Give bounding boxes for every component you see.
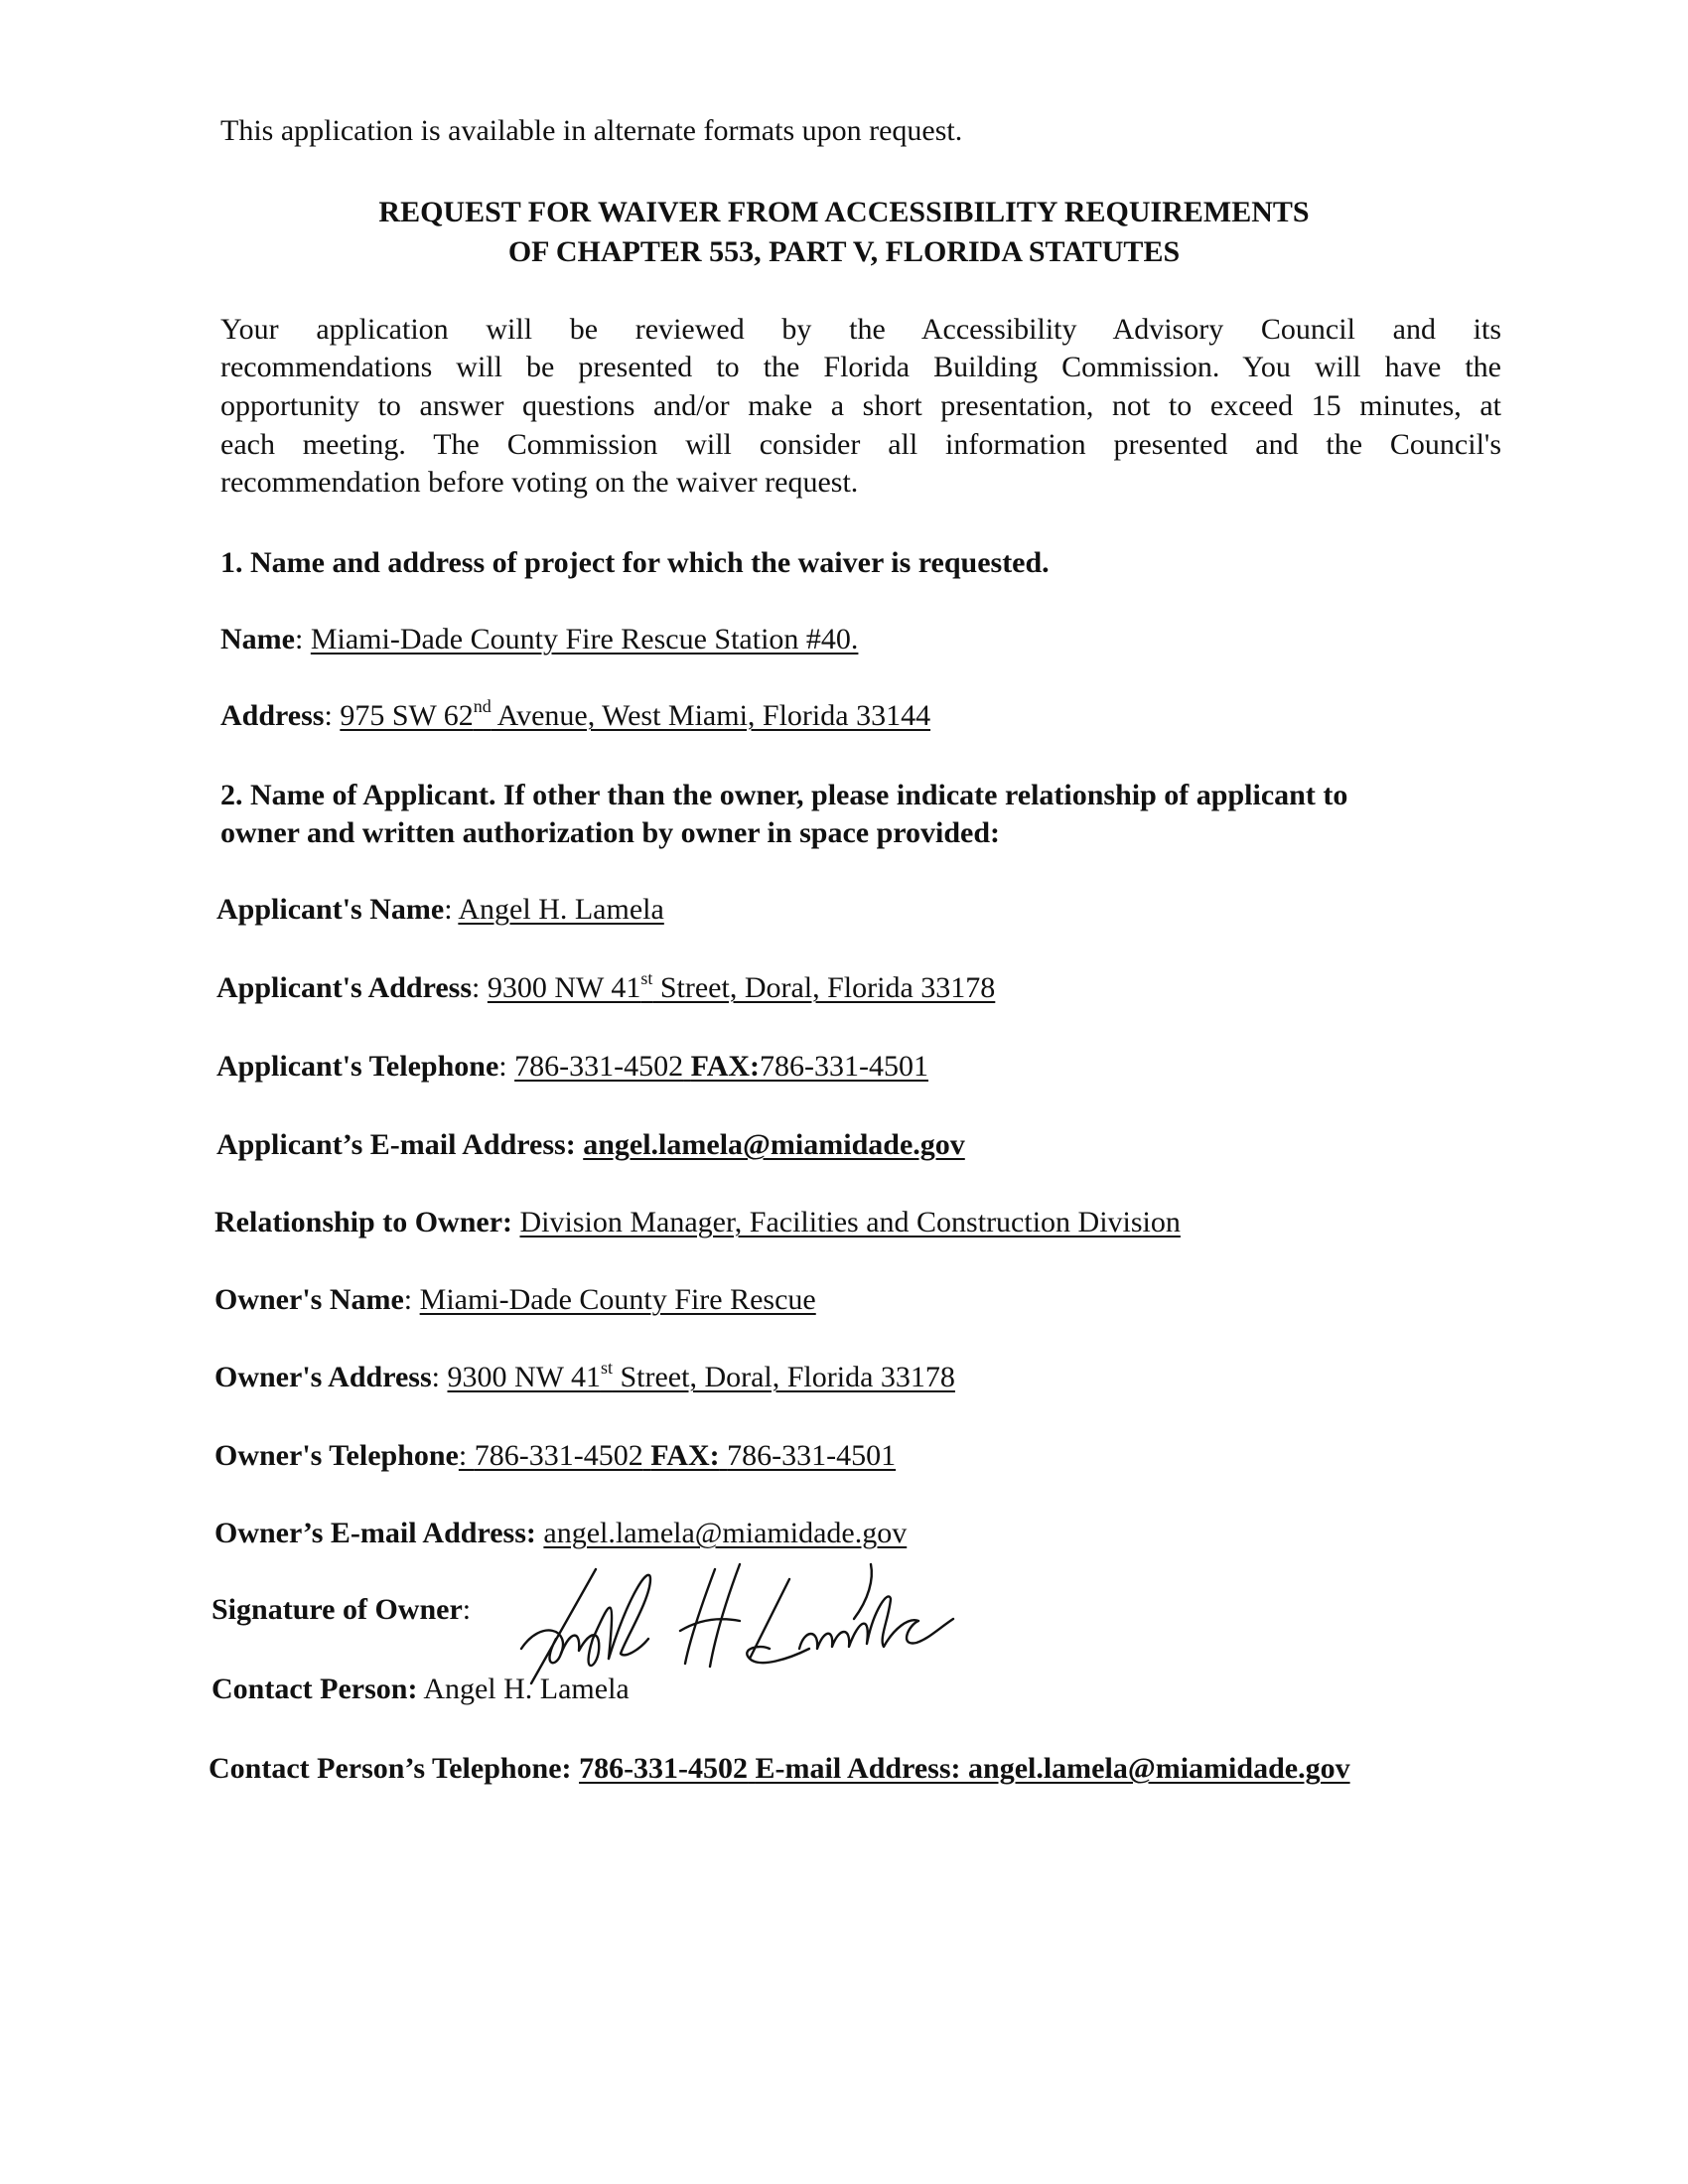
section-2-heading-line-2: owner and written authorization by owner… (220, 815, 1000, 851)
title-line-2: OF CHAPTER 553, PART V, FLORIDA STATUTES (0, 234, 1688, 270)
title-line-1: REQUEST FOR WAIVER FROM ACCESSIBILITY RE… (0, 195, 1688, 230)
owner-email-link[interactable]: angel.lamela@miamidade.gov (543, 1517, 907, 1549)
applicant-telephone-field: Applicant's Telephone: 786-331-4502 FAX:… (216, 1049, 928, 1085)
owner-name-field: Owner's Name: Miami-Dade County Fire Res… (214, 1282, 816, 1318)
owner-signature-image (501, 1559, 978, 1688)
contact-telephone-value: 786-331-4502 (579, 1752, 748, 1785)
relationship-value: Division Manager, Facilities and Constru… (520, 1206, 1181, 1238)
applicant-name-field: Applicant's Name: Angel H. Lamela (216, 892, 664, 928)
intro-line: each meeting. The Commission will consid… (220, 427, 1501, 463)
project-address-field: Address: 975 SW 62nd Avenue, West Miami,… (220, 698, 930, 734)
project-name-value: Miami-Dade County Fire Rescue Station #4… (311, 623, 859, 655)
section-2-heading-line-1: 2. Name of Applicant. If other than the … (220, 778, 1347, 813)
alternate-formats-notice: This application is available in alterna… (220, 113, 962, 149)
applicant-telephone-value: 786-331-4502 FAX:786-331-4501 (514, 1050, 928, 1083)
intro-line: recommendation before voting on the waiv… (220, 465, 1501, 501)
contact-person-field: Contact Person: Angel H. Lamela (211, 1672, 630, 1707)
owner-telephone-field: Owner's Telephone: 786-331-4502 FAX: 786… (214, 1438, 896, 1474)
project-address-label: Address (220, 699, 324, 732)
owner-telephone-value: : 786-331-4502 FAX: 786-331-4501 (459, 1439, 896, 1472)
intro-line: recommendations will be presented to the… (220, 350, 1501, 385)
project-name-field: Name: Miami-Dade County Fire Rescue Stat… (220, 622, 858, 657)
applicant-email-link[interactable]: angel.lamela@miamidade.gov (583, 1128, 965, 1161)
applicant-address-field: Applicant's Address: 9300 NW 41st Street… (216, 970, 995, 1006)
project-address-value: 975 SW 62nd Avenue, West Miami, Florida … (340, 699, 930, 732)
owner-address-field: Owner's Address: 9300 NW 41st Street, Do… (214, 1360, 955, 1395)
signature-field: Signature of Owner: (211, 1592, 471, 1628)
applicant-name-value: Angel H. Lamela (458, 893, 663, 926)
contact-email-link[interactable]: angel.lamela@miamidade.gov (968, 1752, 1350, 1785)
contact-person-value: Angel H. Lamela (423, 1673, 629, 1705)
owner-name-value: Miami-Dade County Fire Rescue (420, 1283, 816, 1316)
contact-telephone-field: Contact Person’s Telephone: 786-331-4502… (209, 1751, 1350, 1787)
owner-email-field: Owner’s E-mail Address: angel.lamela@mia… (214, 1516, 907, 1551)
applicant-email-field: Applicant’s E-mail Address: angel.lamela… (216, 1127, 965, 1163)
contact-telephone-and-email: 786-331-4502 E-mail Address: angel.lamel… (579, 1752, 1350, 1785)
intro-line: Your application will be reviewed by the… (220, 312, 1501, 348)
project-name-label: Name (220, 623, 295, 655)
applicant-address-value: 9300 NW 41st Street, Doral, Florida 3317… (488, 971, 995, 1004)
relationship-field: Relationship to Owner: Division Manager,… (214, 1205, 1181, 1240)
intro-line: opportunity to answer questions and/or m… (220, 388, 1501, 424)
section-1-heading: 1. Name and address of project for which… (220, 545, 1050, 581)
owner-address-value: 9300 NW 41st Street, Doral, Florida 3317… (448, 1361, 955, 1393)
